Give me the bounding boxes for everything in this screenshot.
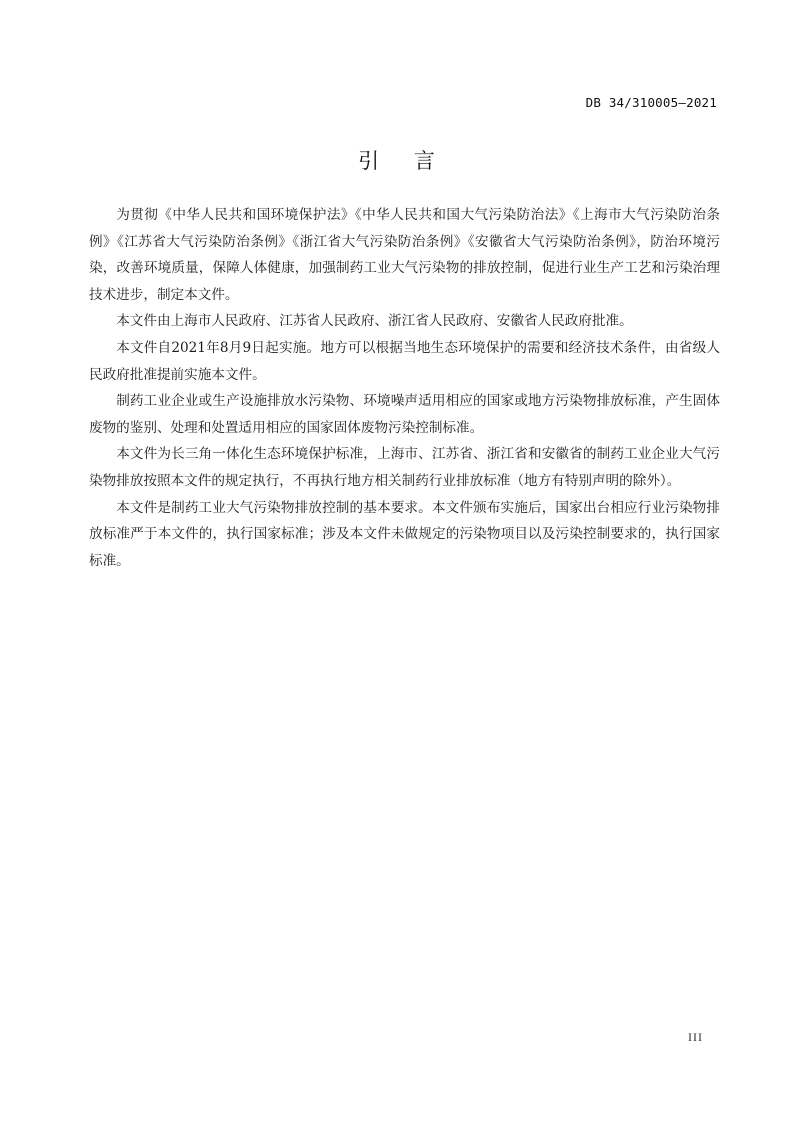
paragraph-regional-scope: 本文件为长三角一体化生态环境保护标准，上海市、江苏省、浙江省和安徽省的制药工业企… — [89, 441, 720, 494]
page-number: III — [688, 1030, 703, 1045]
paragraph-approval: 本文件由上海市人民政府、江苏省人民政府、浙江省人民政府、安徽省人民政府批准。 — [89, 308, 720, 335]
paragraph-other-pollutants: 制药工业企业或生产设施排放水污染物、环境噪声适用相应的国家或地方污染物排放标准，… — [89, 388, 720, 441]
paragraph-effective-date: 本文件自2021年8月9日起实施。地方可以根据当地生态环境保护的需要和经济技术条… — [89, 335, 720, 388]
standard-code: DB 34/310005—2021 — [586, 95, 717, 110]
page-title: 引 言 — [0, 145, 793, 175]
paragraph-basic-requirements: 本文件是制药工业大气污染物排放控制的基本要求。本文件颁布实施后，国家出台相应行业… — [89, 495, 720, 575]
paragraph-purpose: 为贯彻《中华人民共和国环境保护法》《中华人民共和国大气污染防治法》《上海市大气污… — [89, 202, 720, 308]
document-body: 为贯彻《中华人民共和国环境保护法》《中华人民共和国大气污染防治法》《上海市大气污… — [89, 202, 720, 574]
